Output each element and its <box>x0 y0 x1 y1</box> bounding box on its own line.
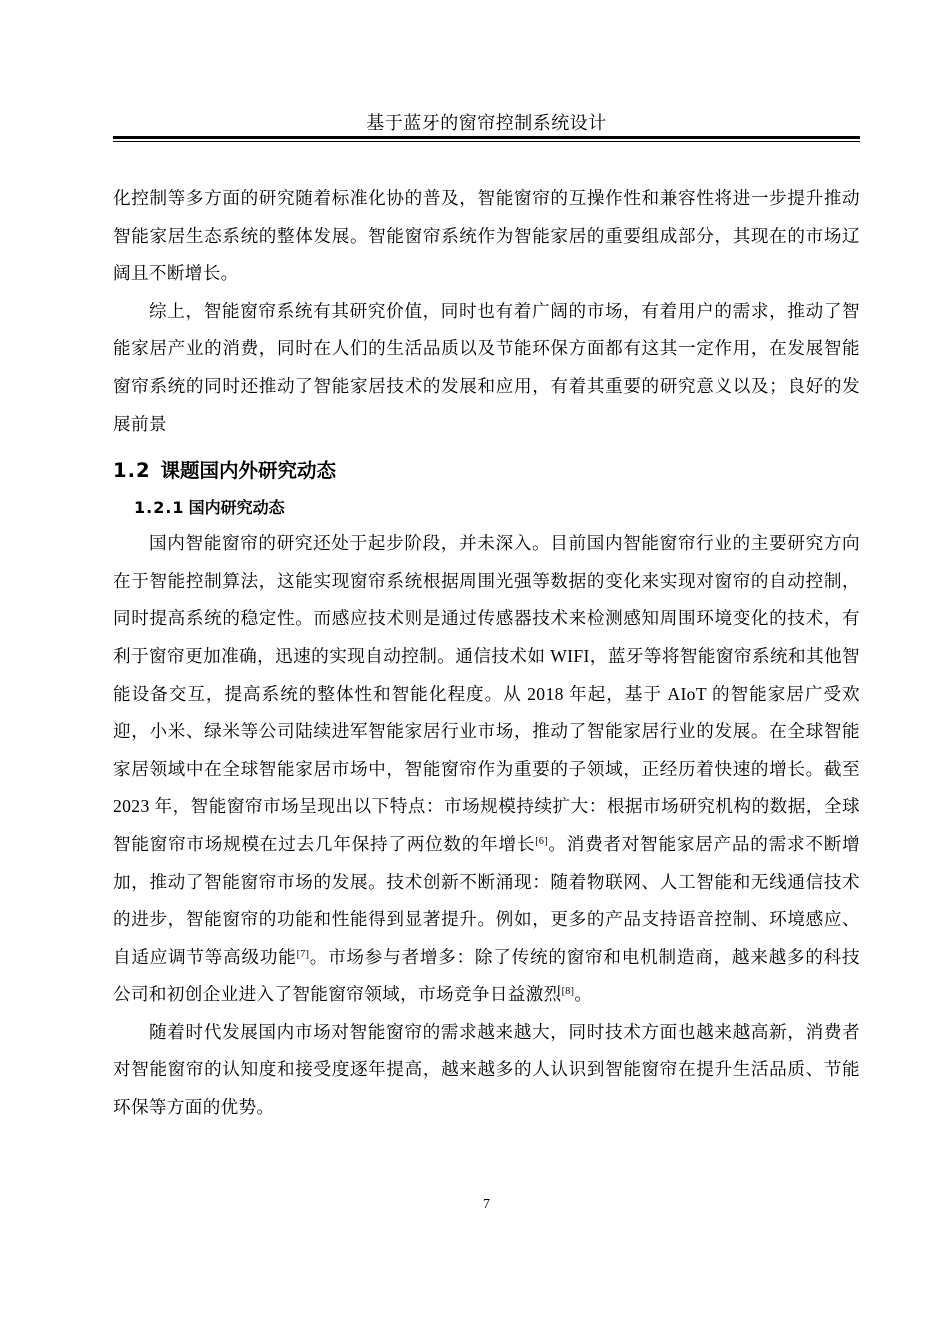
header-rule-thick-line <box>113 136 860 139</box>
paragraph-summary: 综上，智能窗帘系统有其研究价值，同时也有着广阔的市场，有着用户的需求，推动了智能… <box>113 293 860 443</box>
section-number: 1.2 <box>113 459 151 482</box>
header-double-rule <box>113 136 860 143</box>
paragraph-domestic-research: 国内智能窗帘的研究还处于起步阶段，并未深入。目前国内智能窗帘行业的主要研究方向在… <box>113 525 860 1014</box>
subsection-heading: 1.2.1国内研究动态 <box>113 497 860 525</box>
citation-ref-7[interactable]: [7] <box>297 949 310 960</box>
page-header-title: 基于蓝牙的窗帘控制系统设计 <box>113 112 860 134</box>
subsection-title: 国内研究动态 <box>189 498 285 517</box>
section-title: 课题国内外研究动态 <box>161 459 337 482</box>
paragraph-intro-continued: 化控制等多方面的研究随着标准化协的普及，智能窗帘的互操作性和兼容性将进一步提升推… <box>113 180 860 293</box>
citation-ref-8[interactable]: [8] <box>562 986 575 997</box>
header-rule-thin-line <box>113 141 860 142</box>
page-body: 化控制等多方面的研究随着标准化协的普及，智能窗帘的互操作性和兼容性将进一步提升推… <box>113 180 860 1127</box>
subsection-number: 1.2.1 <box>134 498 185 517</box>
paragraph-text-segment: 国内智能窗帘的研究还处于起步阶段，并未深入。目前国内智能窗帘行业的主要研究方向在… <box>113 533 860 854</box>
paragraph-market-demand: 随着时代发展国内市场对智能窗帘的需求越来越大，同时技术方面也越来越高新，消费者对… <box>113 1014 860 1127</box>
section-heading: 1.2课题国内外研究动态 <box>113 443 860 497</box>
paragraph-text-segment: 。 <box>574 984 592 1004</box>
page-number: 7 <box>113 1196 860 1214</box>
citation-ref-6[interactable]: [6] <box>535 836 548 847</box>
